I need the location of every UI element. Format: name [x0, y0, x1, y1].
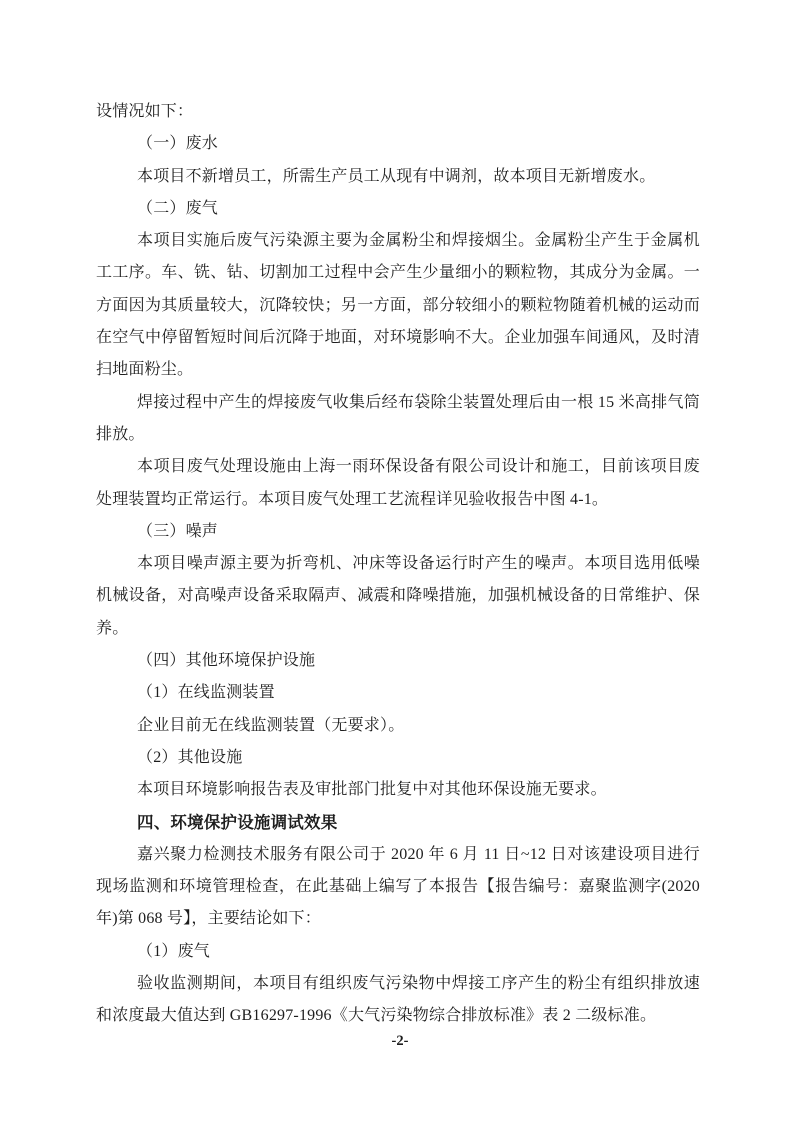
- text-line: （1）废气: [96, 936, 700, 968]
- text-line: 现场监测和环境管理检查，在此基础上编写了本报告【报告编号：嘉聚监测字(2020: [96, 871, 700, 903]
- text-line: 扫地面粉尘。: [96, 354, 700, 386]
- document-page: 设情况如下：（一）废水本项目不新增员工，所需生产员工从现有中调剂，故本项目无新增…: [0, 0, 800, 1131]
- text-line: 方面因为其质量较大，沉降较快；另一方面，部分较细小的颗粒物随着机械的运动而: [96, 290, 700, 322]
- text-line: 和浓度最大值达到 GB16297-1996《大气污染物综合排放标准》表 2 二级…: [96, 1000, 700, 1032]
- text-line: 本项目废气处理设施由上海一雨环保设备有限公司设计和施工，目前该项目废气: [96, 451, 700, 483]
- document-body: 设情况如下：（一）废水本项目不新增员工，所需生产员工从现有中调剂，故本项目无新增…: [96, 96, 700, 1033]
- text-line: （2）其他设施: [96, 742, 700, 774]
- text-line: 验收监测期间，本项目有组织废气污染物中焊接工序产生的粉尘有组织排放速率: [96, 968, 700, 1000]
- text-line: （二）废气: [96, 193, 700, 225]
- text-line: 在空气中停留暂短时间后沉降于地面，对环境影响不大。企业加强车间通风，及时清: [96, 322, 700, 354]
- text-line: （1）在线监测装置: [96, 677, 700, 709]
- page-number: -2-: [392, 1033, 409, 1049]
- text-line: 排放。: [96, 419, 700, 451]
- text-line: 企业目前无在线监测装置（无要求）。: [96, 710, 700, 742]
- text-line: 设情况如下：: [96, 96, 700, 128]
- text-line: 处理装置均正常运行。本项目废气处理工艺流程详见验收报告中图 4-1。: [96, 484, 700, 516]
- page-footer: -2-: [0, 1030, 800, 1052]
- text-line: 本项目实施后废气污染源主要为金属粉尘和焊接烟尘。金属粉尘产生于金属机加: [96, 225, 700, 257]
- text-line: 本项目噪声源主要为折弯机、冲床等设备运行时产生的噪声。本项目选用低噪声: [96, 548, 700, 580]
- text-line: 工工序。车、铣、钻、切割加工过程中会产生少量细小的颗粒物，其成分为金属。一: [96, 257, 700, 289]
- text-line: （一）废水: [96, 128, 700, 160]
- text-line: 年)第 068 号】，主要结论如下：: [96, 903, 700, 935]
- text-line: 焊接过程中产生的焊接废气收集后经布袋除尘装置处理后由一根 15 米高排气筒: [96, 387, 700, 419]
- text-line: 本项目不新增员工，所需生产员工从现有中调剂，故本项目无新增废水。: [96, 161, 700, 193]
- text-line: 机械设备，对高噪声设备采取隔声、减震和降噪措施，加强机械设备的日常维护、保: [96, 580, 700, 612]
- text-line: 养。: [96, 613, 700, 645]
- section-heading: 四、环境保护设施调试效果: [96, 807, 700, 839]
- text-line: 嘉兴聚力检测技术服务有限公司于 2020 年 6 月 11 日~12 日对该建设…: [96, 839, 700, 871]
- text-line: （三）噪声: [96, 516, 700, 548]
- text-line: 本项目环境影响报告表及审批部门批复中对其他环保设施无要求。: [96, 774, 700, 806]
- text-line: （四）其他环境保护设施: [96, 645, 700, 677]
